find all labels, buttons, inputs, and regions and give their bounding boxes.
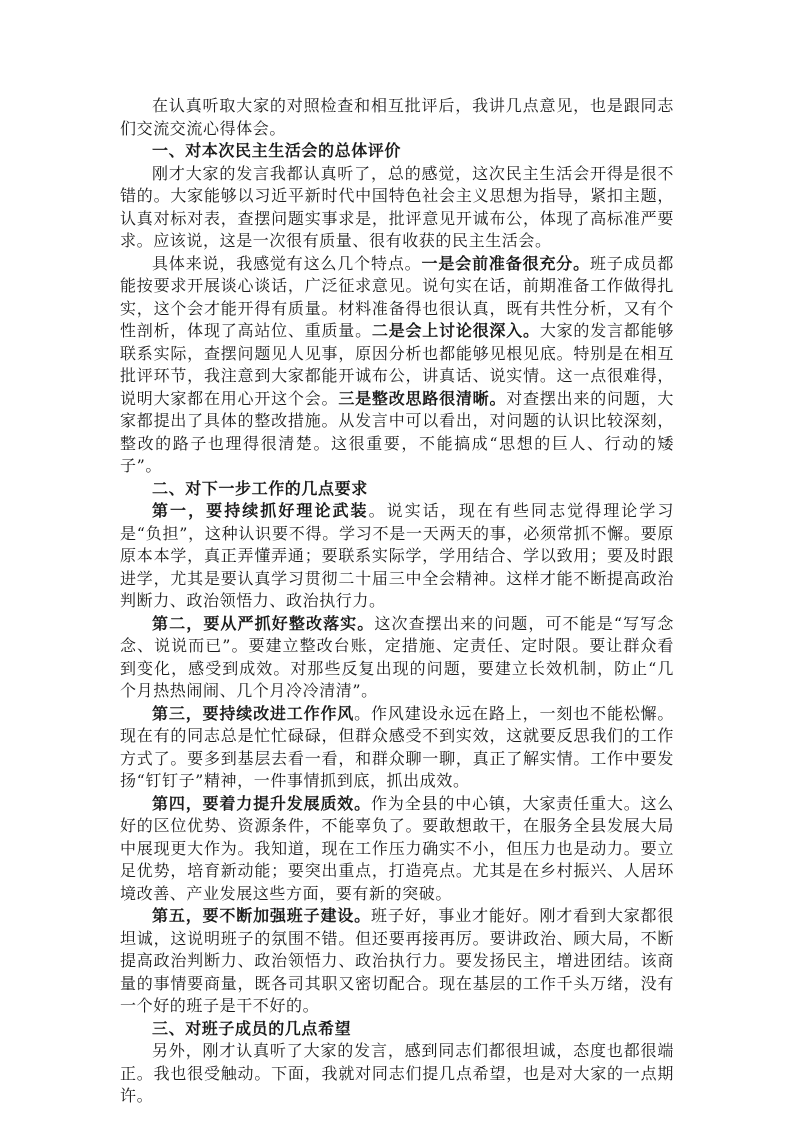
requirement-5-bold: 第五，要不断加强班子建设。 [152,906,371,925]
section-1-paragraph-2: 具体来说，我感觉有这么几个特点。一是会前准备很充分。班子成员都能按要求开展谈心谈… [120,253,674,478]
requirement-5: 第五，要不断加强班子建设。班子好，事业才能好。刚才看到大家都很坦诚，这说明班子的… [120,905,674,1018]
point-1-bold: 一是会前准备很充分。 [422,254,590,273]
section-1-paragraph-1: 刚才大家的发言我都认真听了，总的感觉，这次民主生活会开得是很不错的。大家能够以习… [120,163,674,253]
requirement-4-bold: 第四，要着力提升发展质效。 [152,794,371,813]
document-page: 在认真听取大家的对照检查和相互批评后，我讲几点意见，也是跟同志们交流交流心得体会… [120,95,674,1108]
section-3-paragraph-1: 另外，刚才认真听了大家的发言，感到同志们都很坦诚，态度也都很端正。我也很受触动。… [120,1040,674,1108]
requirement-1: 第一，要持续抓好理论武装。说实话，现在有些同志觉得理论学习是“负担”，这种认识要… [120,500,674,613]
requirement-1-bold: 第一，要持续抓好理论武装 [152,501,369,520]
requirement-3: 第三，要持续改进工作作风。作风建设永远在路上，一刻也不能松懈。现在有的同志总是忙… [120,703,674,793]
point-2-bold: 二是会上讨论很深入。 [372,321,540,340]
lead-text: 具体来说，我感觉有这么几个特点。 [152,254,422,273]
point-3-bold: 三是整改思路很清晰。 [338,389,506,408]
requirement-4: 第四，要着力提升发展质效。作为全县的中心镇，大家责任重大。这么好的区位优势、资源… [120,793,674,906]
requirement-2: 第二，要从严抓好整改落实。这次查摆出来的问题，可不能是“写写念念、说说而已”。要… [120,613,674,703]
intro-paragraph: 在认真听取大家的对照检查和相互批评后，我讲几点意见，也是跟同志们交流交流心得体会… [120,95,674,140]
requirement-3-bold: 第三，要持续改进工作作风 [152,704,354,723]
section-2-heading: 二、对下一步工作的几点要求 [120,478,674,501]
section-3-heading: 三、对班子成员的几点希望 [120,1018,674,1041]
requirement-2-bold: 第二，要从严抓好整改落实。 [152,614,374,633]
section-1-heading: 一、对本次民主生活会的总体评价 [120,140,674,163]
